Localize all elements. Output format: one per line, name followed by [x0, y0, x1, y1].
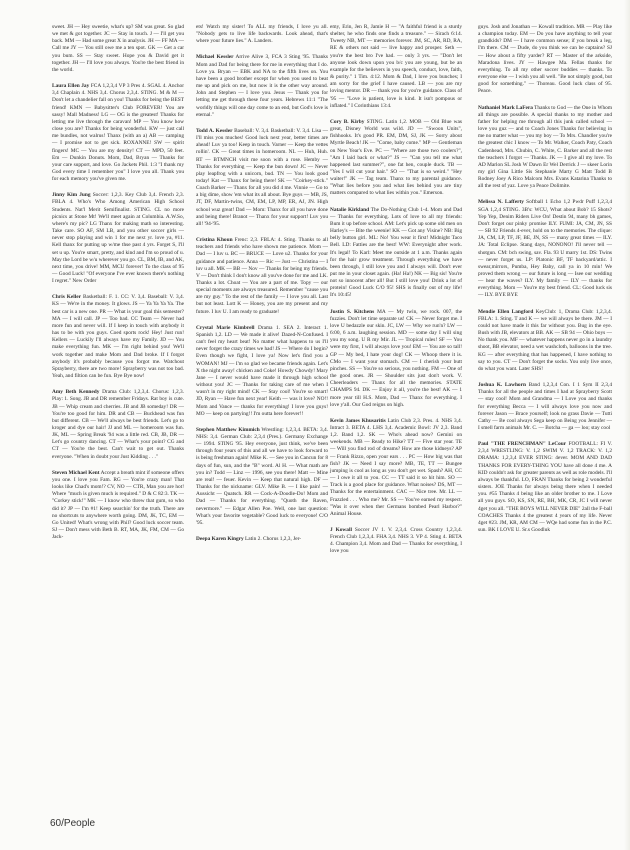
column-3: emy, Erin, Jen R, Jamie H — "A faithful …: [330, 24, 462, 565]
senior-name: Nathaniel Mark LaFera: [478, 105, 533, 111]
senior-name: Laura Ellen Jay: [52, 83, 89, 89]
yearbook-page: sweet. JH — Hey sweetie, what's up? SM w…: [0, 0, 630, 850]
senior-message: KeyClub: 1, Drama Club: 1,2,3,4. FBLA: 1…: [478, 309, 612, 372]
senior-message: emy, Erin, Jen R, Jamie H — "A faithful …: [330, 24, 462, 109]
senior-name: Joshua K. Lawhorn: [478, 382, 526, 388]
senior-message: The Do-Nothing Club 1-4. Mom and Dad — T…: [330, 207, 462, 299]
senior-message: FOOTBALL: FI V. 2,3,4 WRESTLING: V. 1,2 …: [478, 441, 612, 533]
senior-name: Cristina Khoun: [196, 237, 233, 243]
senior-message: Arrive Alive 3, FCA 3 Sting '95. Thanks …: [196, 54, 328, 117]
senior-entry: Jinny Kim Jung Soccer: 1,2,3. Key Club 3…: [52, 192, 184, 285]
senior-message: Soccer: 1,2,3. Key Club 3,4. French 2,3.…: [52, 192, 184, 284]
senior-entry: Natalie Kirkland The Do-Nothing Club 1-4…: [330, 207, 462, 300]
senior-entry: Crystal Marie Kimbrell Drama 1. SEA 2. I…: [196, 325, 328, 418]
senior-entry: Joshua K. Lawhorn Band 1,2,3,4 Con. I 1 …: [478, 382, 612, 432]
senior-message: Basketball: F. 1. CC: V. 3,4. Baseball: …: [52, 294, 184, 379]
senior-name: Kevin James Khusaritis: [330, 418, 386, 424]
senior-message: Drama Club: 1,2,3,4. Chorus: 1,2,3. Play…: [52, 389, 184, 459]
senior-entry: Justin S. Kitchens MA — My twin, we rock…: [330, 309, 462, 409]
senior-message: Latin 2. Chorus 1,2,3, Jer-: [245, 536, 301, 542]
senior-name: J Kowall: [330, 527, 352, 533]
senior-message: Wrestling: 1,2,3,4. BETA: 3,4. NHS: 3,4.…: [196, 427, 328, 526]
senior-message: Accept a breath mint if someone offers y…: [52, 470, 184, 540]
senior-message: Thanks to God — the One in Whom all thin…: [478, 105, 612, 190]
senior-name: Steven Michael Kent: [52, 470, 100, 476]
senior-message: Softball 1 Echo 1,2 Pwdr Puff 1,2,3,4 SG…: [478, 199, 612, 298]
page-edge-shadow: [624, 0, 630, 850]
senior-message: ets! Watch my sister! To ALL my friends,…: [196, 24, 328, 44]
page-folio: 60/People: [50, 818, 95, 829]
senior-message: guys. Josh and Jonathan — Kowall traditi…: [478, 24, 612, 94]
senior-entry: Paul "THE FRENCHMAN" LeCour FOOTBALL: FI…: [478, 441, 612, 534]
senior-message: FCA 1,2,3,4 VP 3 Pres 4. SGAL 4. Anchor …: [52, 83, 184, 182]
senior-name: Stephen Matthew Kimmich: [196, 427, 260, 433]
senior-entry: Mendie Ellen Langford KeyClub: 1, Drama …: [478, 309, 612, 373]
senior-name: Jinny Kim Jung: [52, 192, 91, 198]
senior-entry: Nathaniel Mark LaFera Thanks to God — th…: [478, 105, 612, 191]
senior-name: Cory B. Kirby: [330, 119, 364, 125]
senior-name: Justin S. Kitchens: [330, 309, 374, 315]
senior-name: Natalie Kirkland: [330, 207, 369, 213]
senior-entry: J Kowall Soccer JV 1. V. 2,3,4. Cross Co…: [330, 527, 462, 556]
senior-name: Paul "THE FRENCHMAN" LeCour: [478, 441, 566, 447]
senior-entry: Michael Kessler Arrive Alive 3, FCA 3 St…: [196, 54, 328, 118]
senior-entry: Laura Ellen Jay FCA 1,2,3,4 VP 3 Pres 4.…: [52, 83, 184, 183]
senior-entry: emy, Erin, Jen R, Jamie H — "A faithful …: [330, 24, 462, 110]
column-1: sweet. JH — Hey sweetie, what's up? SM w…: [52, 24, 184, 550]
senior-message: Baseball: V. 3,4. Basketball: V. 3,4. Li…: [196, 128, 328, 227]
senior-message: Band 1,2,3,4 Con. I 1 Sym II 2,3,4 Thank…: [478, 382, 612, 431]
senior-name: Amy Beth Kennedy: [52, 389, 99, 395]
senior-entry: guys. Josh and Jonathan — Kowall traditi…: [478, 24, 612, 96]
senior-name: Deepa Karen Kingry: [196, 536, 244, 542]
senior-message: Frenc: 2,3. FBLA: 4. Sting. Thanks to al…: [196, 237, 328, 315]
senior-entry: Kevin James Khusaritis Latin Club 2,3. P…: [330, 418, 462, 518]
senior-name: Melissa N. Lafferty: [478, 199, 524, 205]
senior-name: Mendie Ellen Langford: [478, 309, 533, 315]
senior-message: Latin Club 2,3. Pres. 4. NHS 3,4. Intrac…: [330, 418, 462, 517]
senior-entry: sweet. JH — Hey sweetie, what's up? SM w…: [52, 24, 184, 74]
senior-name: Todd A. Kessler: [196, 128, 233, 134]
senior-entry: Cory B. Kirby STING. Latin 1,2. MOB — Ol…: [330, 119, 462, 198]
senior-message: MA — My twin, we rock. 007, the fuzzies.…: [330, 309, 462, 408]
senior-entry: Steven Michael Kent Accept a breath mint…: [52, 470, 184, 542]
senior-entry: Melissa N. Lafferty Softball 1 Echo 1,2 …: [478, 199, 612, 299]
senior-entry: Amy Beth Kennedy Drama Club: 1,2,3,4. Ch…: [52, 389, 184, 461]
senior-entry: Cristina Khoun Frenc: 2,3. FBLA: 4. Stin…: [196, 237, 328, 316]
senior-name: Chris Keller: [52, 294, 81, 300]
senior-message: Drama 1. SEA 2. Interact 1. Spanish 1,2.…: [196, 325, 328, 417]
senior-entry: ets! Watch my sister! To ALL my friends,…: [196, 24, 328, 45]
senior-entry: Stephen Matthew Kimmich Wrestling: 1,2,3…: [196, 427, 328, 527]
senior-name: Michael Kessler: [196, 54, 234, 60]
column-4: guys. Josh and Jonathan — Kowall traditi…: [478, 24, 612, 543]
senior-name: Crystal Marie Kimbrell: [196, 325, 255, 331]
column-2: ets! Watch my sister! To ALL my friends,…: [196, 24, 328, 552]
senior-entry: Deepa Karen Kingry Latin 2. Chorus 1,2,3…: [196, 536, 328, 543]
senior-entry: Todd A. Kessler Baseball: V. 3,4. Basket…: [196, 128, 328, 228]
senior-message: STING. Latin 1,2. MOB — Old Blue was gre…: [330, 119, 462, 197]
senior-entry: Chris Keller Basketball: F. 1. CC: V. 3,…: [52, 294, 184, 380]
senior-message: sweet. JH — Hey sweetie, what's up? SM w…: [52, 24, 184, 73]
